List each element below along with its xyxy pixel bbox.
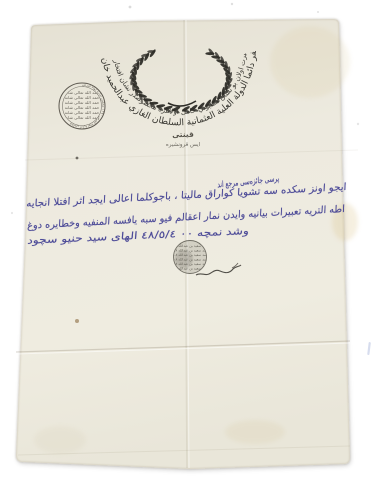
background-mark (367, 342, 371, 355)
printed-caption-line2: ايس قرونشيره (121, 142, 245, 148)
photo-stage: الدولة العلية العثمانية السلطان الغازي ع… (0, 0, 374, 480)
brown-spot (75, 319, 79, 323)
svg-text:حمد الله تعالى شانه: حمد الله تعالى شانه (65, 115, 100, 120)
